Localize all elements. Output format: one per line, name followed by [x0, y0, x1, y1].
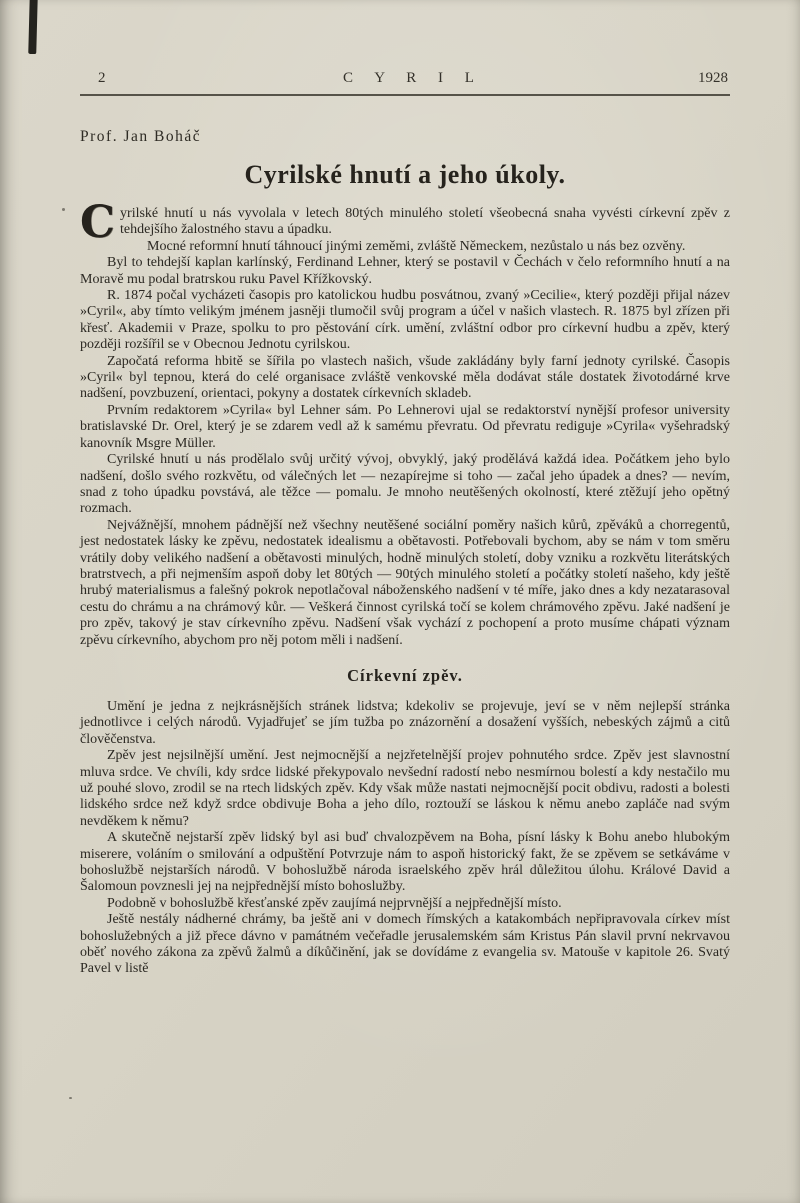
paragraph: Nejvážnější, mnohem pádnější než všechny… [80, 518, 730, 649]
paragraph: Podobně v bohoslužbě křesťanské zpěv zau… [80, 896, 730, 912]
page-number: 2 [80, 70, 218, 87]
scan-edge-artifact [28, 0, 38, 54]
paragraph: Cyrilské hnutí u nás prodělalo svůj urči… [80, 452, 730, 518]
paragraph: Započatá reforma hbitě se šířila po vlas… [80, 354, 730, 403]
scanned-journal-page: 2 C Y R I L 1928 Prof. Jan Boháč Cyrilsk… [0, 0, 800, 1203]
paragraph: Byl to tehdejší kaplan karlínský, Ferdin… [80, 255, 730, 288]
paragraph: Umění je jedna z nejkrásnějších stránek … [80, 699, 730, 748]
dropcap-initial: C [80, 206, 120, 239]
lead-paragraph-text: yrilské hnutí u nás vyvolala v letech 80… [120, 206, 730, 237]
page-content: 2 C Y R I L 1928 Prof. Jan Boháč Cyrilsk… [80, 0, 730, 978]
paragraph: Zpěv jest nejsilnější umění. Jest nejmoc… [80, 748, 730, 830]
publication-year: 1928 [608, 70, 730, 87]
paragraph: Mocné reformní hnutí táhnoucí jinými zem… [80, 239, 730, 255]
paragraph: A skutečně nejstarší zpěv lidský byl asi… [80, 830, 730, 896]
paragraph: Ještě nestály nádherné chrámy, ba ještě … [80, 912, 730, 978]
article-title: Cyrilské hnutí a jeho úkoly. [80, 160, 730, 190]
scan-speck [69, 1097, 72, 1099]
paragraph: Prvním redaktorem »Cyrila« byl Lehner sá… [80, 403, 730, 452]
paragraph: R. 1874 počal vycházeti časopis pro kato… [80, 288, 730, 354]
journal-title: C Y R I L [218, 70, 608, 87]
author-line: Prof. Jan Boháč [80, 128, 730, 146]
section-heading: Církevní zpěv. [80, 666, 730, 686]
lead-paragraph: Cyrilské hnutí u nás vyvolala v letech 8… [80, 206, 730, 239]
scan-speck [62, 208, 65, 211]
running-head: 2 C Y R I L 1928 [80, 70, 730, 96]
